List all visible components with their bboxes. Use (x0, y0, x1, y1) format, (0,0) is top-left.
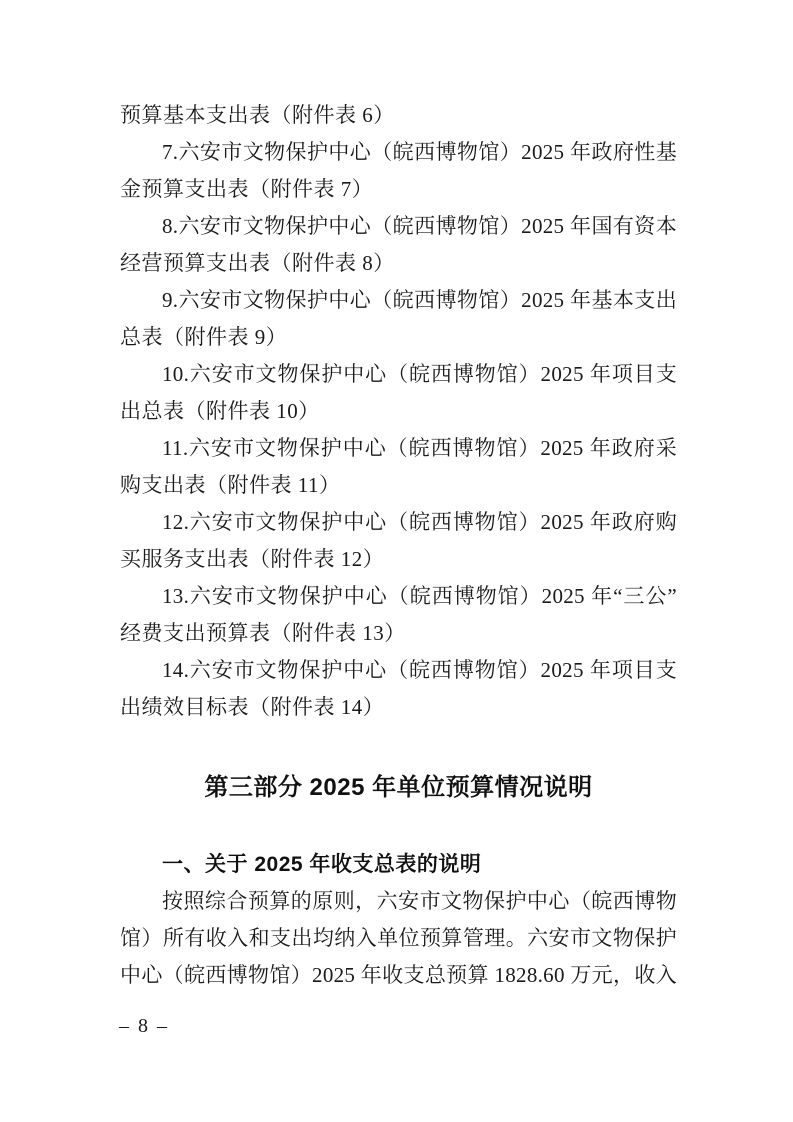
text-line: 8.六安市文物保护中心（皖西博物馆）2025 年国有资本 (120, 208, 677, 245)
text-line: 12.六安市文物保护中心（皖西博物馆）2025 年政府购 (120, 504, 677, 541)
text-line: 馆）所有收入和支出均纳入单位预算管理。六安市文物保护 (120, 920, 677, 957)
document-page: 预算基本支出表（附件表 6）7.六安市文物保护中心（皖西博物馆）2025 年政府… (0, 0, 793, 1122)
text-line: 13.六安市文物保护中心（皖西博物馆）2025 年“三公” (120, 578, 677, 615)
text-line: 经营预算支出表（附件表 8） (120, 245, 677, 282)
section-heading: 第三部分 2025 年单位预算情况说明 (120, 769, 677, 806)
text-line: 14.六安市文物保护中心（皖西博物馆）2025 年项目支 (120, 652, 677, 689)
text-line: 买服务支出表（附件表 12） (120, 541, 677, 578)
text-line: 按照综合预算的原则，六安市文物保护中心（皖西博物 (120, 883, 677, 920)
text-line: 出总表（附件表 10） (120, 393, 677, 430)
text-line: 出绩效目标表（附件表 14） (120, 689, 677, 726)
text-line: 中心（皖西博物馆）2025 年收支总预算 1828.60 万元，收入 (120, 957, 677, 994)
text-line: 7.六安市文物保护中心（皖西博物馆）2025 年政府性基 (120, 134, 677, 171)
text-line: 预算基本支出表（附件表 6） (120, 97, 677, 134)
text-line: 总表（附件表 9） (120, 319, 677, 356)
text-line: 10.六安市文物保护中心（皖西博物馆）2025 年项目支 (120, 356, 677, 393)
page-content: 预算基本支出表（附件表 6）7.六安市文物保护中心（皖西博物馆）2025 年政府… (120, 97, 677, 994)
page-number: – 8 – (119, 1012, 169, 1040)
subsection-heading: 一、关于 2025 年收支总表的说明 (120, 846, 677, 883)
attachment-table-list: 预算基本支出表（附件表 6）7.六安市文物保护中心（皖西博物馆）2025 年政府… (120, 97, 677, 726)
text-line: 经费支出预算表（附件表 13） (120, 615, 677, 652)
text-line: 9.六安市文物保护中心（皖西博物馆）2025 年基本支出 (120, 282, 677, 319)
text-line: 11.六安市文物保护中心（皖西博物馆）2025 年政府采 (120, 430, 677, 467)
text-line: 购支出表（附件表 11） (120, 467, 677, 504)
text-line: 金预算支出表（附件表 7） (120, 171, 677, 208)
body-paragraph: 按照综合预算的原则，六安市文物保护中心（皖西博物馆）所有收入和支出均纳入单位预算… (120, 883, 677, 994)
